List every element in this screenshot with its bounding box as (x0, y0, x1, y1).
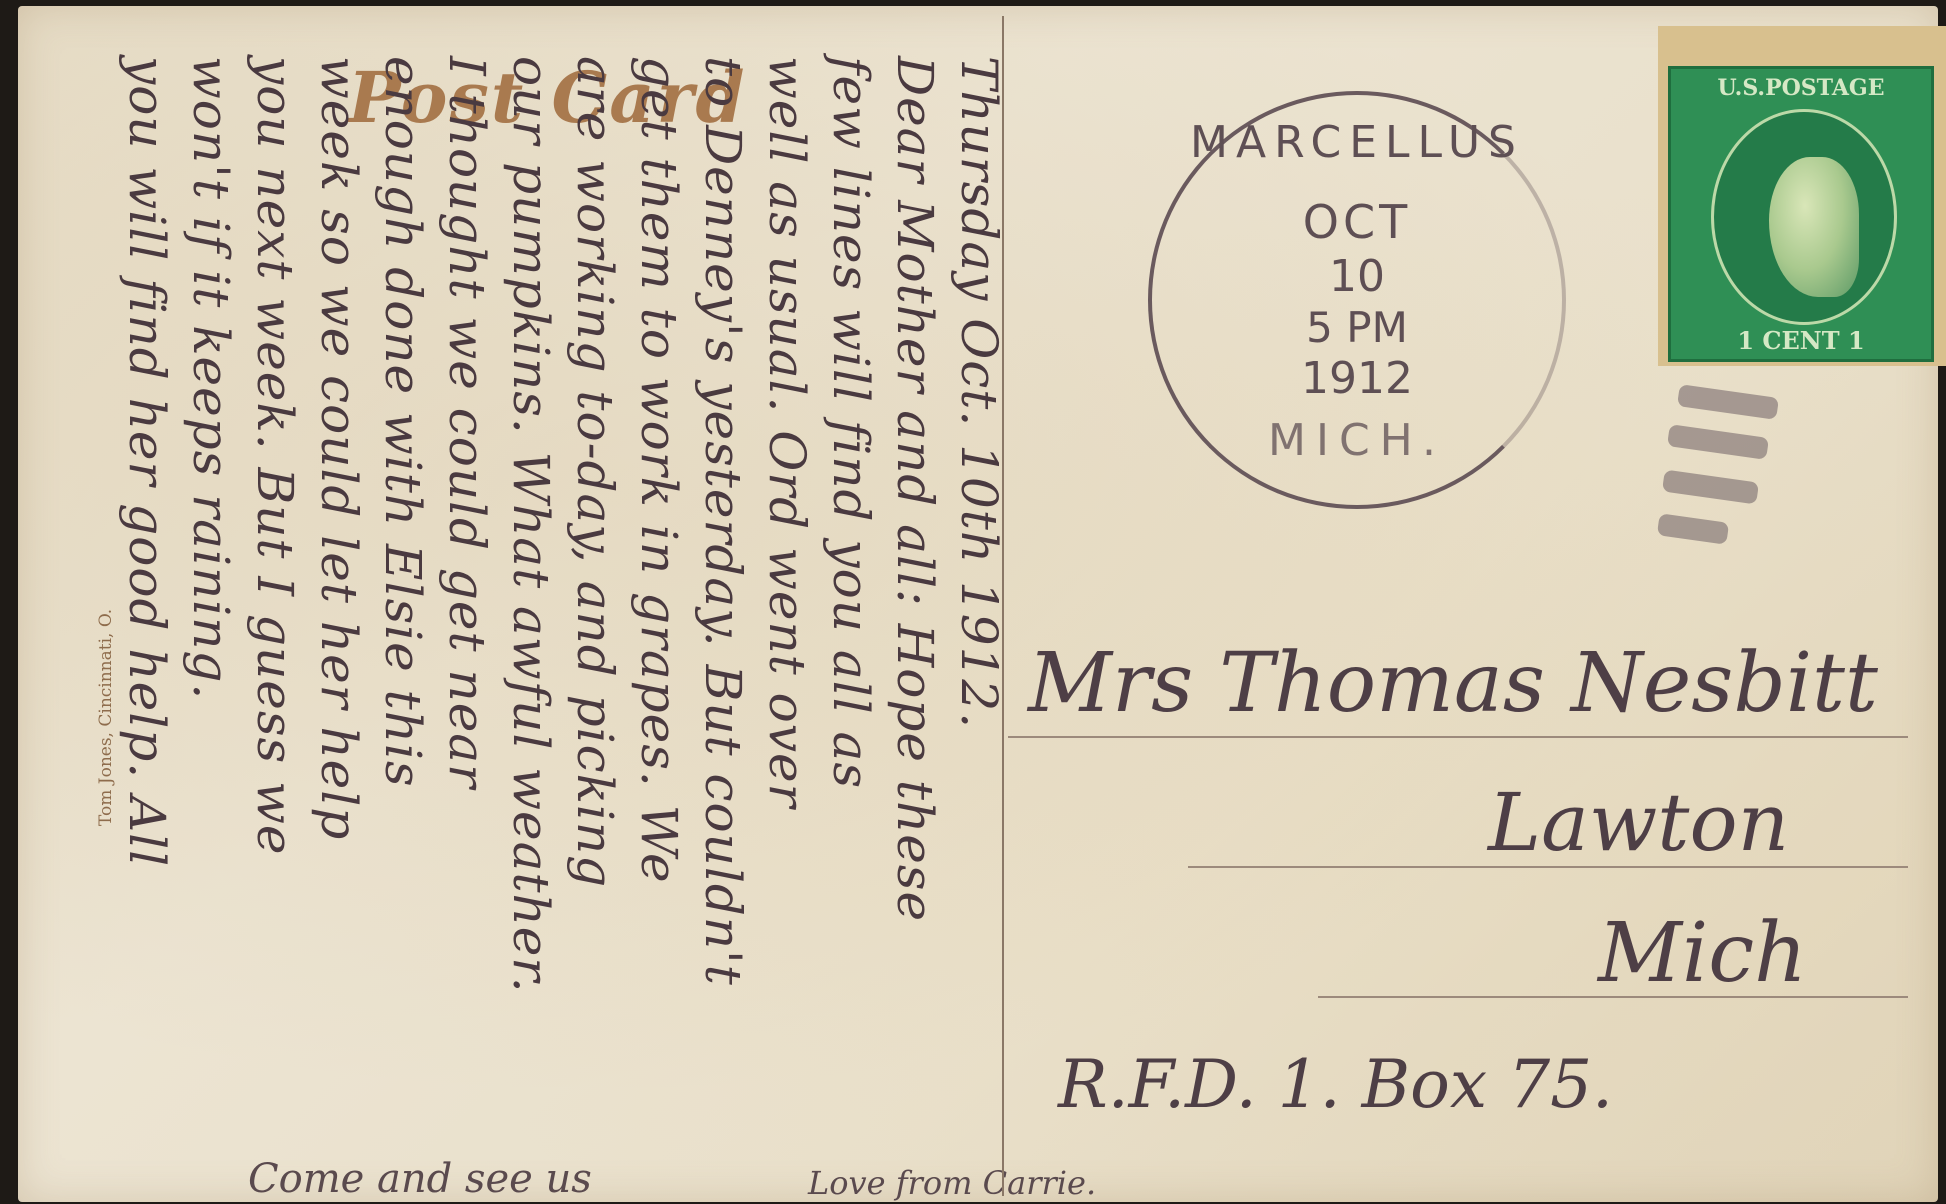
postmark-state: MICH. (1152, 415, 1562, 466)
postmark-year: 1912 (1152, 353, 1562, 404)
washington-portrait-icon (1769, 157, 1859, 297)
recipient-name: Mrs Thomas Nesbitt (1028, 636, 1878, 731)
stamp-face: U.S.POSTAGE 1 CENT 1 (1668, 66, 1934, 362)
postage-stamp: U.S.POSTAGE 1 CENT 1 (1658, 26, 1946, 366)
recipient-state: Mich (1598, 906, 1807, 1001)
stamp-denomination: 1 CENT 1 (1671, 326, 1931, 355)
postmark-month: OCT (1152, 195, 1562, 249)
postmark-time: 5 PM (1152, 303, 1562, 352)
signoff: Love from Carrie. (808, 1164, 1096, 1202)
address-rule-1 (1008, 736, 1908, 738)
stamp-header: U.S.POSTAGE (1671, 75, 1931, 101)
postmark: MARCELLUS OCT 10 5 PM 1912 MICH. (1148, 91, 1566, 509)
postmark-day: 10 (1152, 251, 1562, 302)
recipient-city: Lawton (1488, 776, 1789, 869)
message-line: you will find her good help. All (96, 56, 176, 1176)
postmark-town: MARCELLUS (1152, 117, 1562, 168)
stamp-portrait-frame (1711, 109, 1897, 325)
postcard: Post Card Tom Jones, Cincinnati, O. Thur… (18, 6, 1938, 1202)
message-bottom-line: Come and see us (248, 1156, 592, 1202)
card-divider (1002, 16, 1004, 1196)
handwritten-message: Thursday Oct. 10th 1912. Dear Mother and… (38, 36, 998, 1186)
recipient-route: R.F.D. 1. Box 75. (1058, 1046, 1613, 1123)
